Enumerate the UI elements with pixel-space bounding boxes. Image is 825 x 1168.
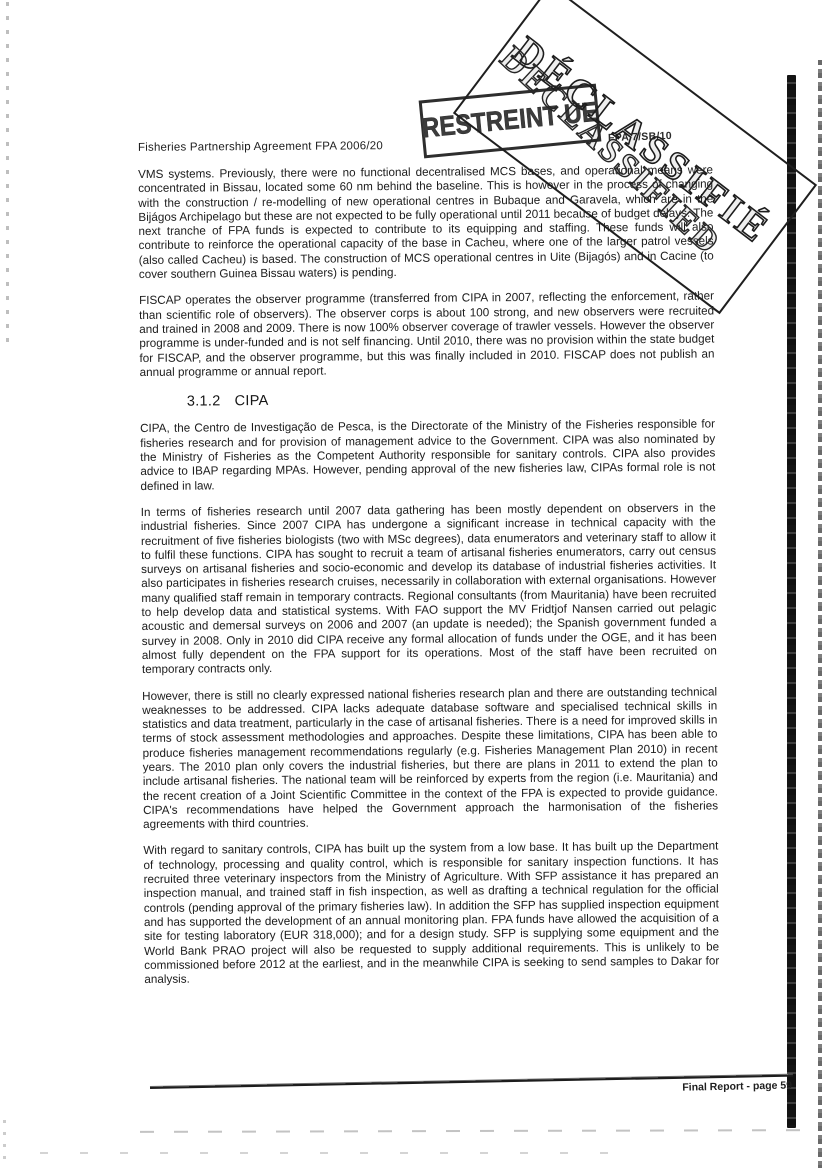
paragraph-fiscap-observers: FISCAP operates the observer programme (… [139, 290, 715, 380]
document-header-title: Fisheries Partnership Agreement FPA 2006… [138, 140, 383, 154]
bottom-scan-artifact-1 [140, 1129, 820, 1133]
section-title: CIPA [235, 393, 269, 409]
paragraph-research-plan-gaps: However, there is still no clearly expre… [142, 685, 718, 832]
right-edge-scan-strip [818, 60, 822, 1168]
paragraph-fisheries-research: In terms of fisheries research until 200… [141, 501, 717, 677]
left-edge-scan-artifact-2 [3, 1120, 6, 1168]
right-edge-binding-bar [787, 75, 796, 1128]
section-heading-3-1-2-cipa: 3.1.2CIPA [140, 391, 715, 410]
section-number: 3.1.2 [187, 394, 221, 410]
footer-page-label: Final Report - page 59 [640, 1080, 792, 1095]
left-edge-scan-artifact [6, 2, 9, 342]
paragraph-cipa-intro: CIPA, the Centro de Investigação de Pesc… [140, 418, 716, 494]
document-body: VMS systems. Previously, there were no f… [138, 163, 720, 999]
scanned-document-page: Fisheries Partnership Agreement FPA 2006… [0, 0, 825, 1168]
bottom-scan-artifact-2 [40, 1152, 640, 1154]
paragraph-sanitary-controls: With regard to sanitary controls, CIPA h… [143, 840, 719, 987]
